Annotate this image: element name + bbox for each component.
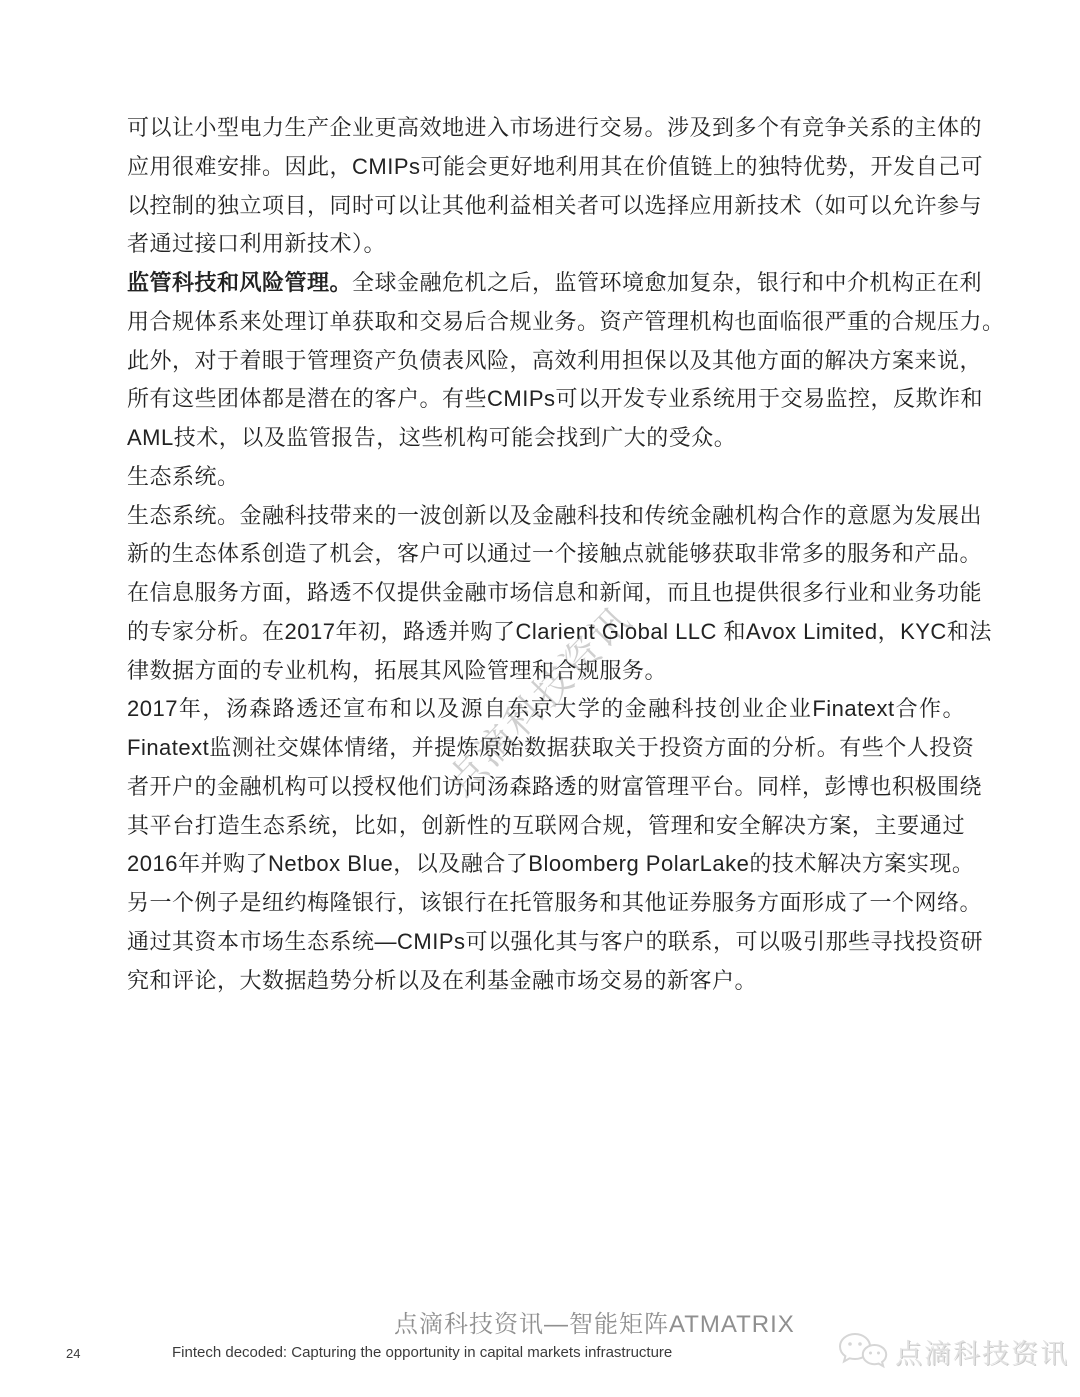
body-line: 新的生态体系创造了机会，客户可以通过一个接触点就能够获取非常多的服务和产品。 <box>127 535 965 574</box>
body-line: 通过其资本市场生态系统—CMIPs可以强化其与客户的联系，可以吸引那些寻找投资研 <box>127 923 965 962</box>
section-heading: 监管科技和风险管理。 <box>127 270 352 295</box>
body-line: 此外，对于着眼于管理资产负债表风险，高效利用担保以及其他方面的解决方案来说， <box>127 342 965 381</box>
body-text: 可以让小型电力生产企业更高效地进入市场进行交易。涉及到多个有竞争关系的主体的 应… <box>127 109 965 1000</box>
body-line: 用合规体系来处理订单获取和交易后合规业务。资产管理机构也面临很严重的合规压力。 <box>127 303 965 342</box>
body-line: 可以让小型电力生产企业更高效地进入市场进行交易。涉及到多个有竞争关系的主体的 <box>127 109 965 148</box>
body-line: 在信息服务方面，路透不仅提供金融市场信息和新闻，而且也提供很多行业和业务功能 <box>127 574 965 613</box>
body-line: 的专家分析。在2017年初，路透并购了Clarient Global LLC 和… <box>127 613 965 652</box>
body-line: 以控制的独立项目，同时可以让其他利益相关者可以选择应用新技术（如可以允许参与 <box>127 187 965 226</box>
footer-banner: 点滴科技资讯—智能矩阵ATMATRIX <box>394 1304 795 1339</box>
body-line-with-heading: 监管科技和风险管理。全球金融危机之后，监管环境愈加复杂，银行和中介机构正在利 <box>127 264 965 303</box>
body-line: 究和评论，大数据趋势分析以及在利基金融市场交易的新客户。 <box>127 962 965 1001</box>
brand-logo: 点滴科技资讯 <box>838 1331 1069 1371</box>
body-line: 生态系统。 <box>127 458 965 497</box>
body-line: 其平台打造生态系统，比如，创新性的互联网合规，管理和安全解决方案，主要通过 <box>127 807 965 846</box>
body-line: 全球金融危机之后，监管环境愈加复杂，银行和中介机构正在利 <box>352 270 982 295</box>
body-line: 生态系统。金融科技带来的一波创新以及金融科技和传统金融机构合作的意愿为发展出 <box>127 497 965 536</box>
body-line: 应用很难安排。因此，CMIPs可能会更好地利用其在价值链上的独特优势，开发自己可 <box>127 148 965 187</box>
document-title: Fintech decoded: Capturing the opportuni… <box>172 1344 672 1361</box>
body-line: 者通过接口利用新技术）。 <box>127 225 965 264</box>
body-line: 另一个例子是纽约梅隆银行，该银行在托管服务和其他证券服务方面形成了一个网络。 <box>127 884 965 923</box>
body-line: 2017年，汤森路透还宣布和以及源自东京大学的金融科技创业企业Finatext合… <box>127 690 965 729</box>
body-line: AML技术，以及监管报告，这些机构可能会找到广大的受众。 <box>127 419 965 458</box>
wechat-icon <box>838 1331 888 1371</box>
body-line: 律数据方面的专业机构，拓展其风险管理和合规服务。 <box>127 652 965 691</box>
brand-logo-text: 点滴科技资讯 <box>895 1332 1069 1371</box>
body-line: 2016年并购了Netbox Blue，以及融合了Bloomberg Polar… <box>127 845 965 884</box>
document-page: 点滴科技资讯 可以让小型电力生产企业更高效地进入市场进行交易。涉及到多个有竞争关… <box>0 0 1080 1397</box>
body-line: 所有这些团体都是潜在的客户。有些CMIPs可以开发专业系统用于交易监控，反欺诈和 <box>127 380 965 419</box>
page-number: 24 <box>66 1346 80 1361</box>
body-line: 者开户的金融机构可以授权他们访问汤森路透的财富管理平台。同样，彭博也积极围绕 <box>127 768 965 807</box>
body-line: Finatext监测社交媒体情绪，并提炼原始数据获取关于投资方面的分析。有些个人… <box>127 729 965 768</box>
